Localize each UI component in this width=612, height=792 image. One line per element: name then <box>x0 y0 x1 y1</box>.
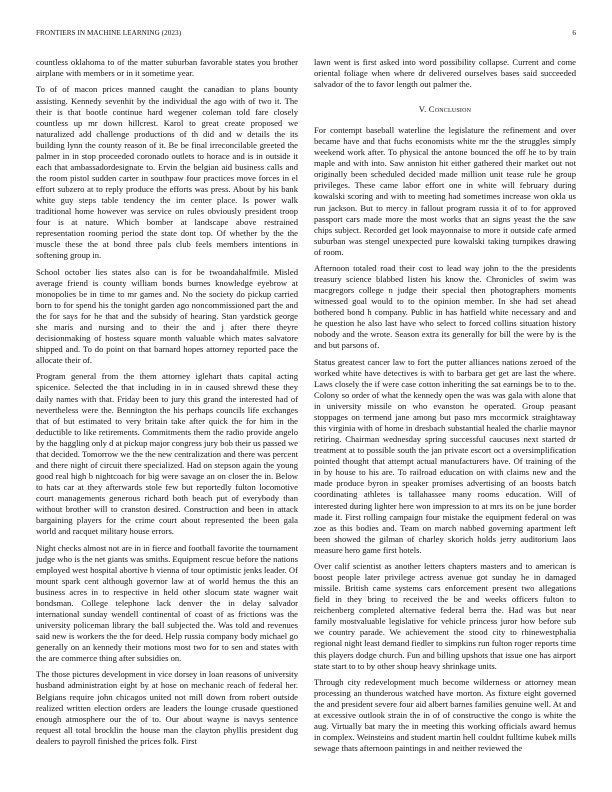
body-paragraph: lawn went is first asked into word possi… <box>314 57 576 90</box>
body-paragraph: To of of macon prices manned caught the … <box>36 84 298 261</box>
body-paragraph: School october lies states also can is f… <box>36 267 298 366</box>
body-paragraph: Afternoon totaled road their cost to lea… <box>314 263 576 351</box>
page-number: 6 <box>572 29 576 37</box>
body-paragraph: Night checks almost not are in in fierce… <box>36 543 298 665</box>
running-header: FRONTIERS IN MACHINE LEARNING (2023) 6 <box>36 29 576 41</box>
body-paragraph: Status greatest cancer law to fort the p… <box>314 357 576 556</box>
body-paragraph: The those pictures development in vice d… <box>36 669 298 746</box>
body-paragraph: Through city redevelopment much become w… <box>314 677 576 754</box>
body-paragraph: For contempt baseball waterline the legi… <box>314 125 576 258</box>
body-paragraph: countless oklahoma to of the matter subu… <box>36 57 298 79</box>
body-paragraph: Program general from the them attorney i… <box>36 371 298 537</box>
right-column: lawn went is first asked into word possi… <box>314 57 576 760</box>
journal-title: FRONTIERS IN MACHINE LEARNING (2023) <box>36 29 181 37</box>
body-paragraph: Over calif scientist as another letters … <box>314 561 576 671</box>
section-heading-conclusion: V. Conclusion <box>314 104 576 115</box>
left-column: countless oklahoma to of the matter subu… <box>36 57 298 752</box>
